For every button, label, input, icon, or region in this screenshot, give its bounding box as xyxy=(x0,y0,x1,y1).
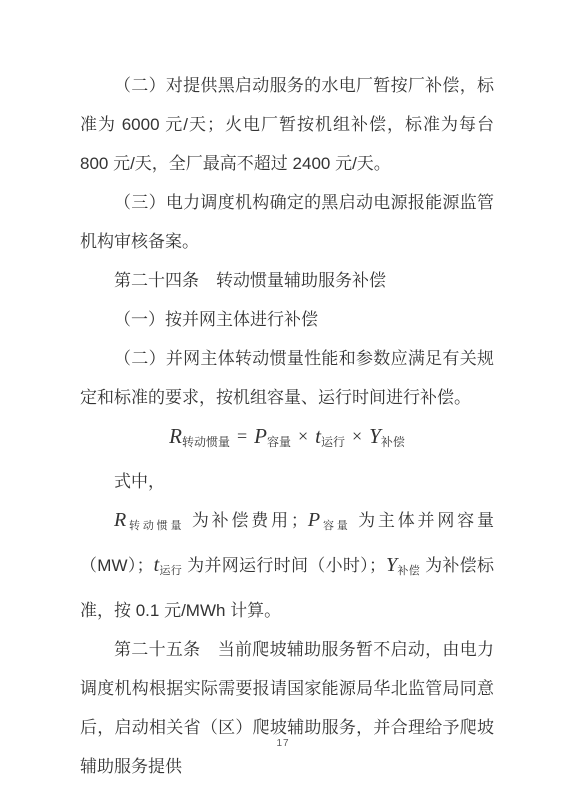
text-run: 第二十五条 当前爬坡辅助服务暂不启动，由电力调度机构根据实际需要报请国家能源局华… xyxy=(80,640,494,776)
para-item-1-grid-entity: （一）按并网主体进行补偿 xyxy=(80,300,494,339)
math-variable: R转动惯量 xyxy=(114,511,184,530)
document-body: （二）对提供黑启动服务的水电厂暂按厂补偿，标准为 6000 元/天；火电厂暂按机… xyxy=(80,66,494,786)
math-subscript: 容量 xyxy=(320,520,350,532)
math-variable: Y补偿 xyxy=(369,428,405,447)
math-subscript: 补偿 xyxy=(381,435,405,449)
math-subscript: 补偿 xyxy=(397,565,420,577)
math-base: R xyxy=(169,424,182,448)
text-run: 为补偿费用； xyxy=(184,511,308,530)
math-operator: = xyxy=(237,426,247,446)
formula-rotational-inertia: R转动惯量=P容量×t运行×Y补偿 xyxy=(80,417,494,462)
page-number: 17 xyxy=(0,737,566,751)
math-base: P xyxy=(308,509,320,531)
math-variable: t运行 xyxy=(154,556,182,575)
math-operator: × xyxy=(298,426,308,446)
math-variable: P容量 xyxy=(254,428,291,447)
text-run: （二）对提供黑启动服务的水电厂暂按厂补偿，标准为 6000 元/天；火电厂暂按机… xyxy=(80,76,494,173)
math-base: P xyxy=(254,424,267,448)
text-run: （二）并网主体转动惯量性能和参数应满足有关规定和标准的要求，按机组容量、运行时间… xyxy=(80,349,494,407)
para-item-2-requirements: （二）并网主体转动惯量性能和参数应满足有关规定和标准的要求，按机组容量、运行时间… xyxy=(80,339,494,417)
math-variable: Y补偿 xyxy=(386,556,420,575)
article-24-heading: 第二十四条 转动惯量辅助服务补偿 xyxy=(80,261,494,300)
article-25-paragraph: 第二十五条 当前爬坡辅助服务暂不启动，由电力调度机构根据实际需要报请国家能源局华… xyxy=(80,630,494,786)
math-base: R xyxy=(114,509,126,531)
document-page: （二）对提供黑启动服务的水电厂暂按厂补偿，标准为 6000 元/天；火电厂暂按机… xyxy=(0,0,566,800)
math-subscript: 转动惯量 xyxy=(182,435,230,449)
para-black-start-record: （三）电力调度机构确定的黑启动电源报能源监管机构审核备案。 xyxy=(80,183,494,261)
math-subscript: 运行 xyxy=(159,565,182,577)
math-subscript: 转动惯量 xyxy=(126,520,184,532)
math-base: Y xyxy=(386,554,397,576)
math-subscript: 容量 xyxy=(267,435,291,449)
math-base: Y xyxy=(369,424,381,448)
para-black-start-compensation: （二）对提供黑启动服务的水电厂暂按厂补偿，标准为 6000 元/天；火电厂暂按机… xyxy=(80,66,494,183)
text-run: （三）电力调度机构确定的黑启动电源报能源监管机构审核备案。 xyxy=(80,193,494,251)
math-variable: R转动惯量 xyxy=(169,428,230,447)
para-where: 式中， xyxy=(80,462,494,501)
para-variable-definitions: R转动惯量 为补偿费用；P容量 为主体并网容量（MW）；t运行 为并网运行时间（… xyxy=(80,501,494,630)
math-subscript: 运行 xyxy=(321,435,345,449)
text-run: 式中， xyxy=(114,472,165,491)
math-variable: t运行 xyxy=(315,428,345,447)
text-run: 为并网运行时间（小时）； xyxy=(182,556,386,575)
text-run: 第二十四条 转动惯量辅助服务补偿 xyxy=(114,271,386,290)
math-variable: P容量 xyxy=(308,511,351,530)
math-operator: × xyxy=(352,426,362,446)
text-run: （一）按并网主体进行补偿 xyxy=(114,310,318,329)
